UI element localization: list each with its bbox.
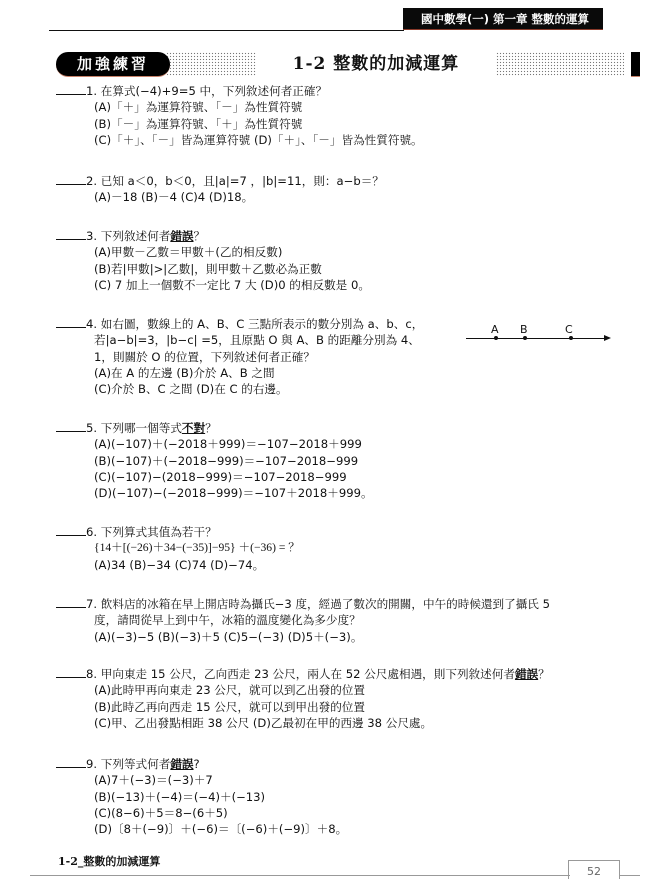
- question-stem: 下列等式何者: [101, 757, 171, 771]
- question-stem-end: ?: [194, 757, 200, 771]
- arrow-right-icon: [604, 335, 611, 341]
- question-number: 2.: [86, 174, 97, 188]
- option: (C)介於 B、C 之間 (D)在 C 的右邊。: [56, 381, 423, 397]
- option: (B)(−13)＋(−4)＝(−4)＋(−13): [56, 789, 347, 805]
- answer-blank[interactable]: [56, 421, 86, 432]
- option: (A)「＋」為運算符號、「－」為性質符號: [56, 99, 423, 115]
- point-a-label: A: [491, 323, 499, 336]
- option: (B)「－」為運算符號、「＋」為性質符號: [56, 116, 423, 132]
- math-expression: {14＋[(−26)＋34−(−35)]−95} ＋(−36) = ？: [56, 540, 300, 556]
- footer-rule-right: [620, 875, 640, 876]
- point-b: [523, 336, 527, 340]
- answer-blank[interactable]: [56, 317, 86, 328]
- section-banner: 加強練習 1-2 整數的加減運算: [56, 52, 584, 76]
- footer-section-label: 1-2_整數的加減運算: [58, 853, 160, 869]
- question-8: 8. 甲向東走 15 公尺，乙向西走 23 公尺，兩人在 52 公尺處相遇，則下…: [56, 666, 550, 731]
- question-9: 9. 下列等式何者錯誤? (A)7＋(−3)＝(−3)＋7 (B)(−13)＋(…: [56, 756, 347, 837]
- page-number: 52: [568, 860, 620, 879]
- question-stem: 如右圖，數線上的 A、B、C 三點所表示的數分別為 a、b、c，: [101, 317, 424, 331]
- question-number: 4.: [86, 317, 97, 331]
- option: (C)(−107)−(2018−999)＝−107−2018−999: [56, 469, 373, 485]
- answer-blank[interactable]: [56, 667, 86, 678]
- option: (D)〔8＋(−9)〕＋(−6)＝〔(−6)＋(−9)〕＋8。: [56, 821, 347, 837]
- question-stem-end: ？: [205, 421, 217, 435]
- question-3: 3. 下列敘述何者錯誤？ (A)甲數－乙數＝甲數＋(乙的相反數) (B)若|甲數…: [56, 228, 370, 293]
- question-2: 2. 已知 a＜0，b＜0，且|a|=7 ，|b|=11，則：a−b＝？ (A)…: [56, 173, 384, 206]
- question-stem: 在算式(−4)+9=5 中，下列敘述何者正確？: [101, 84, 327, 98]
- option: (A)甲數－乙數＝甲數＋(乙的相反數): [56, 244, 370, 260]
- chapter-header: 國中數學(一) 第一章 整數的運算: [403, 8, 603, 30]
- question-stem: 下列算式其值為若干？: [101, 525, 217, 539]
- answer-blank[interactable]: [56, 229, 86, 240]
- answer-blank[interactable]: [56, 597, 86, 608]
- option: (B)若|甲數|>|乙數|，則甲數＋乙數必為正數: [56, 261, 370, 277]
- option: (A)34 (B)−34 (C)74 (D)−74。: [56, 557, 300, 573]
- answer-blank[interactable]: [56, 84, 86, 95]
- header-rule: [49, 30, 404, 31]
- answer-blank[interactable]: [56, 525, 86, 536]
- footer-rule: [30, 875, 570, 876]
- emphasis-text: 錯誤: [170, 229, 193, 243]
- question-stem: 甲向東走 15 公尺，乙向西走 23 公尺，兩人在 52 公尺處相遇，則下列敘述…: [101, 667, 515, 681]
- banner-end-bar: [631, 52, 640, 77]
- question-number: 1.: [86, 84, 97, 98]
- point-b-label: B: [520, 323, 528, 336]
- question-number: 8.: [86, 667, 97, 681]
- question-number: 7.: [86, 597, 97, 611]
- answer-blank[interactable]: [56, 174, 86, 185]
- option: (A)(−107)＋(−2018＋999)＝−107−2018＋999: [56, 436, 373, 452]
- question-stem-line: 度，請問從早上到中午，冰箱的溫度變化為多少度？: [56, 612, 550, 628]
- question-stem-line: 若|a−b|=3，|b−c| =5，且原點 O 與 A、B 的距離分別為 4、: [56, 332, 423, 348]
- option: (C)甲、乙出發點相距 38 公尺 (D)乙最初在甲的西邊 38 公尺處。: [56, 715, 550, 731]
- question-stem: 飲料店的冰箱在早上開店時為攝氏−3 度，經過了數次的開關，中午的時候還到了攝氏 …: [101, 597, 550, 611]
- option: (C) 7 加上一個數不一定比 7 大 (D)0 的相反數是 0。: [56, 277, 370, 293]
- option: (A)－18 (B)－4 (C)4 (D)18。: [56, 189, 384, 205]
- question-number: 9.: [86, 757, 97, 771]
- question-7: 7. 飲料店的冰箱在早上開店時為攝氏−3 度，經過了數次的開關，中午的時候還到了…: [56, 596, 550, 645]
- answer-blank[interactable]: [56, 757, 86, 768]
- question-4: 4. 如右圖，數線上的 A、B、C 三點所表示的數分別為 a、b、c， 若|a−…: [56, 316, 423, 397]
- emphasis-text: 錯誤: [515, 667, 538, 681]
- option: (A)此時甲再向東走 23 公尺，就可以到乙出發的位置: [56, 682, 550, 698]
- question-stem: 下列哪一個等式: [101, 421, 182, 435]
- question-number: 5.: [86, 421, 97, 435]
- point-a: [494, 336, 498, 340]
- point-c-label: C: [565, 323, 573, 336]
- emphasis-text: 錯誤: [170, 757, 193, 771]
- option: (B)(−107)＋(−2018−999)＝−107−2018−999: [56, 453, 373, 469]
- question-stem-line: 1，則關於 O 的位置，下列敘述何者正確？: [56, 349, 423, 365]
- section-title: 1-2 整數的加減運算: [256, 52, 496, 76]
- number-line-figure: A B C: [466, 326, 616, 346]
- option: (D)(−107)−(−2018−999)＝−107＋2018＋999。: [56, 485, 373, 501]
- question-number: 3.: [86, 229, 97, 243]
- question-1: 1. 在算式(−4)+9=5 中，下列敘述何者正確？ (A)「＋」為運算符號、「…: [56, 83, 423, 148]
- emphasis-text: 不對: [182, 421, 205, 435]
- option: (A)7＋(−3)＝(−3)＋7: [56, 772, 347, 788]
- question-stem: 下列敘述何者: [101, 229, 171, 243]
- point-c: [569, 336, 573, 340]
- option: (B)此時乙再向西走 15 公尺，就可以到甲出發的位置: [56, 699, 550, 715]
- number-line: [466, 338, 606, 339]
- option: (A)在 A 的左邊 (B)介於 A、B 之間: [56, 365, 423, 381]
- question-number: 6.: [86, 525, 97, 539]
- question-6: 6. 下列算式其值為若干？ {14＋[(−26)＋34−(−35)]−95} ＋…: [56, 524, 300, 573]
- question-stem: 已知 a＜0，b＜0，且|a|=7 ，|b|=11，則：a−b＝？: [101, 174, 384, 188]
- practice-badge: 加強練習: [56, 52, 170, 77]
- option: (A)(−3)−5 (B)(−3)＋5 (C)5−(−3) (D)5＋(−3)。: [56, 629, 550, 645]
- option: (C)(8−6)＋5＝8−(6＋5): [56, 805, 347, 821]
- question-stem-end: ？: [194, 229, 206, 243]
- question-5: 5. 下列哪一個等式不對？ (A)(−107)＋(−2018＋999)＝−107…: [56, 420, 373, 501]
- question-stem-end: ？: [538, 667, 550, 681]
- option: (C)「＋」、「－」皆為運算符號 (D)「＋」、「－」皆為性質符號。: [56, 132, 423, 148]
